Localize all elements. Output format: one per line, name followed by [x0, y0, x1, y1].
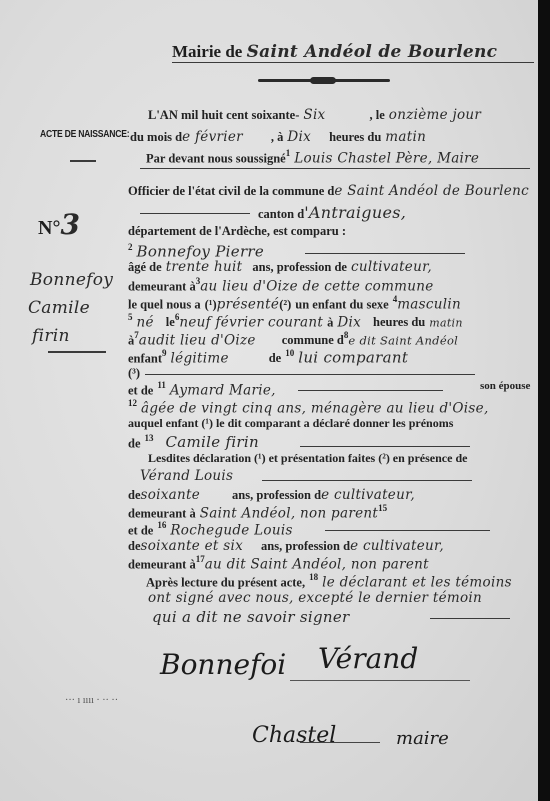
- time-of-day-value: matin: [385, 129, 426, 145]
- witness2-age: soixante et six: [141, 538, 244, 554]
- line-witnesses-intro: Lesdites déclaration (¹) et présentation…: [148, 451, 467, 466]
- mayor-title: maire: [396, 728, 449, 749]
- birth-hour: Dix: [337, 314, 361, 330]
- text: ans, profession de: [252, 260, 347, 274]
- text: , à: [271, 130, 284, 144]
- footnote-ref: 10: [285, 348, 294, 358]
- text: un enfant du sexe: [295, 297, 388, 311]
- text: demeurant à: [128, 279, 196, 293]
- canton-value: 'Antraigues,: [304, 203, 406, 222]
- line-given-names: de 13 Camile firin: [128, 433, 259, 452]
- mairie-label: Mairie de: [172, 42, 242, 61]
- signature-mayor: Chastel: [252, 723, 336, 748]
- text: ans, profession d: [261, 539, 350, 553]
- ornament-divider: [258, 79, 390, 82]
- text: de: [128, 539, 141, 553]
- text: enfant: [128, 351, 162, 365]
- text: canton d: [258, 207, 304, 221]
- signature-flourish: [290, 680, 470, 681]
- mairie-heading: Mairie de Saint Andéol de Bourlenc: [172, 42, 497, 62]
- text: demeurant à: [128, 506, 196, 520]
- line-father-age: âgé de trente huit ans, profession de cu…: [128, 258, 432, 276]
- birth-commune: e dit Saint Andéol: [348, 333, 458, 347]
- witness2-profession: e cultivateur,: [350, 538, 444, 554]
- born-value: né: [137, 314, 154, 330]
- birth-date: neuf février courant: [179, 314, 323, 330]
- text: ans, profession d: [232, 488, 321, 502]
- ruled-line: [325, 530, 490, 531]
- header-underline: [172, 62, 534, 63]
- line-father-residence: demeurant à3au lieu d'Oize de cette comm…: [128, 276, 434, 295]
- ruled-line: [140, 213, 250, 214]
- officer-name: Louis Chastel Père, Maire: [294, 150, 479, 166]
- line-month: du mois de février , à Dix heures du mat…: [130, 128, 426, 146]
- signature-witness: Vérand: [318, 642, 418, 675]
- text: Officier de l'état civil de la commune d: [128, 184, 334, 198]
- number-label: N°: [38, 217, 60, 239]
- witness1-name: Vérand Louis: [140, 468, 233, 484]
- line-witness2-age: desoixante et six ans, profession de cul…: [128, 537, 444, 555]
- footnote-ref: 18: [309, 572, 318, 582]
- witness1-profession: e cultivateur,: [321, 487, 415, 503]
- text: de: [128, 436, 141, 450]
- ruled-line: [298, 390, 443, 391]
- month-value: e février: [182, 129, 243, 145]
- civil-record-page: Mairie de Saint Andéol de Bourlenc ACTE …: [0, 0, 538, 801]
- line-birth-date: 5 né le6neuf février courant à Dix heure…: [128, 312, 463, 331]
- text: le: [166, 315, 175, 329]
- text: de: [269, 351, 282, 365]
- text: âgé de: [128, 260, 162, 274]
- text: heures du: [329, 130, 381, 144]
- legitimacy-value: légitime: [171, 350, 229, 366]
- father-profession: cultivateur,: [351, 259, 432, 275]
- footnote-ref: 16: [157, 520, 166, 530]
- footnote-ref: 12: [128, 398, 137, 408]
- line-closing: Après lecture du présent acte, 18 le déc…: [146, 572, 512, 591]
- commune-value: e Saint Andéol de Bourlenc: [334, 183, 529, 199]
- line-legitimacy: enfant9 légitime de 10 lui comparant: [128, 348, 408, 367]
- text: demeurant à: [128, 557, 196, 571]
- text: et de: [128, 523, 153, 537]
- line-commune: Officier de l'état civil de la commune d…: [128, 182, 529, 200]
- footnote-marker: (³): [128, 366, 140, 381]
- witness1-residence: Saint Andéol, non parent: [200, 505, 378, 521]
- hour-value: Dix: [287, 129, 311, 145]
- text: Par devant nous soussigné: [146, 151, 286, 165]
- line-witness1-age: desoixante ans, profession de cultivateu…: [128, 486, 415, 504]
- mother-name: Aymard Marie,: [170, 382, 276, 398]
- text: L'AN mil huit cent soixante-: [148, 108, 299, 122]
- father-age: trente huit: [166, 259, 243, 275]
- ruled-line: [140, 168, 530, 169]
- margin-annotation-surname: Bonnefoy: [30, 270, 113, 290]
- footnote-ref: 13: [145, 433, 154, 443]
- signature-mayor-underline: [300, 742, 380, 743]
- footnote-ref: 2: [128, 242, 133, 252]
- closing-statement-3: qui a dit ne savoir signer: [152, 608, 350, 626]
- footnote-ref: (²): [279, 297, 291, 311]
- line-witness2-residence: demeurant à17au dit Saint Andéol, non pa…: [128, 554, 429, 573]
- text: et de: [128, 383, 153, 397]
- mother-details: âgée de vingt cinq ans, ménagère au lieu…: [141, 400, 489, 416]
- act-type-label: ACTE DE NAISSANCE:: [40, 128, 129, 140]
- ruled-line: [145, 374, 475, 375]
- ruled-line: [305, 253, 465, 254]
- margin-annotation-secondname: firin: [32, 326, 70, 346]
- faded-marks: ··· ı ıııı · ·· ··: [65, 695, 118, 706]
- father-residence: au lieu d'Oize de cette commune: [200, 278, 433, 294]
- line-declaration: auquel enfant (¹) le dit comparant a déc…: [128, 416, 453, 431]
- given-names: Camile firin: [166, 433, 259, 451]
- line-birth-place: à7audit lieu d'Oize commune d8e dit Sain…: [128, 330, 458, 349]
- text: Après lecture du présent acte,: [146, 575, 305, 589]
- spouse-label: son épouse: [480, 380, 530, 392]
- line-officer: Par devant nous soussigné1 Louis Chastel…: [146, 148, 479, 167]
- parent-reference: lui comparant: [298, 348, 408, 366]
- footnote-ref: 15: [378, 503, 387, 513]
- text: heures du: [373, 315, 425, 329]
- footnote-ref: 11: [157, 380, 166, 390]
- birth-place: audit lieu d'Oize: [139, 332, 256, 348]
- line-presentation: le quel nous a (¹)présenté(²) un enfant …: [128, 294, 461, 313]
- day-value: onzième jour: [389, 107, 481, 123]
- child-sex: masculin: [397, 296, 461, 312]
- margin-annotation-underline: [48, 351, 106, 353]
- witness1-age: soixante: [141, 487, 201, 503]
- birth-time-of-day: matin: [429, 316, 463, 329]
- footnote-ref: 9: [162, 348, 167, 358]
- line-departement: département de l'Ardèche, est comparu :: [128, 224, 346, 239]
- ruled-line: [262, 480, 472, 481]
- text: de: [128, 488, 141, 502]
- footnote-ref: (¹): [205, 297, 217, 311]
- text: commune d: [282, 333, 344, 347]
- footnote-ref: 5: [128, 312, 133, 322]
- record-number: N°3: [38, 208, 80, 241]
- year-value: Six: [303, 107, 325, 123]
- closing-statement-1: le déclarant et les témoins: [322, 574, 512, 590]
- text: , le: [369, 108, 384, 122]
- signature-father: Bonnefoi: [160, 648, 286, 681]
- line-mother: et de 11 Aymard Marie,: [128, 380, 276, 399]
- closing-statement-2: ont signé avec nous, excepté le dernier …: [148, 590, 482, 606]
- footnote-ref: 17: [196, 554, 205, 564]
- witness2-name: Rochegude Louis: [170, 522, 292, 538]
- footnote-ref: 1: [286, 148, 291, 158]
- presented-value: présenté: [217, 296, 280, 312]
- margin-annotation-firstname: Camile: [28, 298, 90, 318]
- scan-border: [538, 0, 550, 801]
- number-value: 3: [60, 208, 80, 241]
- ruled-line: [300, 446, 470, 447]
- witness2-residence: au dit Saint Andéol, non parent: [205, 556, 429, 572]
- text: à: [327, 315, 333, 329]
- line-mother-details: 12 âgée de vingt cinq ans, ménagère au l…: [128, 398, 489, 417]
- ruled-line: [430, 618, 510, 619]
- line-year: L'AN mil huit cent soixante- Six , le on…: [148, 106, 481, 124]
- margin-divider: [70, 160, 96, 162]
- line-canton: canton d'Antraigues,: [258, 203, 406, 223]
- text: le quel nous a: [128, 297, 201, 311]
- mairie-name: Saint Andéol de Bourlenc: [247, 42, 498, 62]
- text: du mois d: [130, 130, 182, 144]
